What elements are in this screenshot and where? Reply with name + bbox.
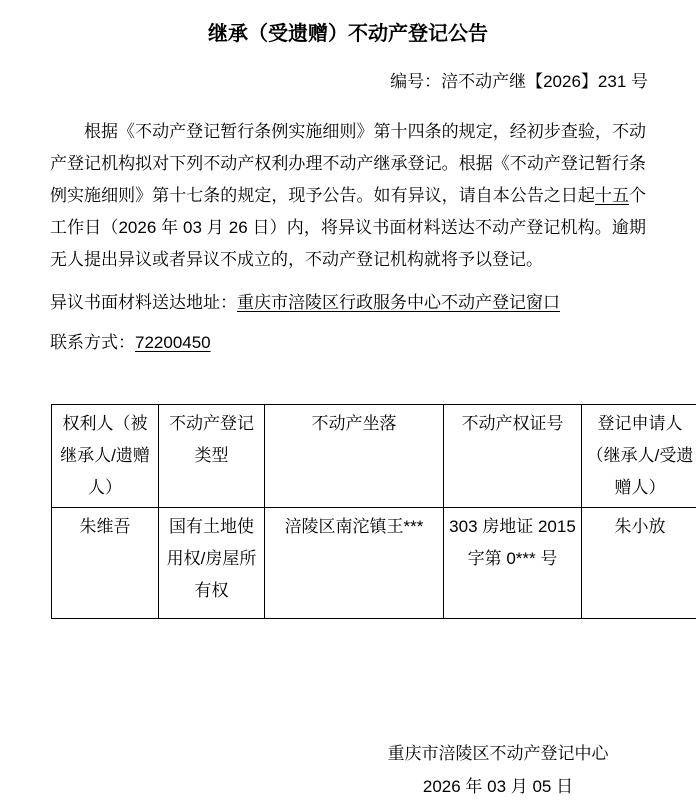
body-text-underlined-deadline: 十五: [595, 186, 629, 205]
header-right-holder: 权利人（被继承人/遗赠人）: [52, 405, 159, 508]
cell-certificate-no: 303 房地证 2015 字第 0*** 号: [444, 508, 582, 619]
document-number: 编号：涪不动产继【2026】231 号: [0, 70, 648, 94]
body-paragraph: 根据《不动产登记暂行条例实施细则》第十四条的规定，经初步查验，不动产登记机构拟对…: [50, 116, 646, 276]
contact-label: 联系方式：: [50, 333, 135, 352]
cell-location: 涪陵区南沱镇王***: [265, 508, 444, 619]
address-line: 异议书面材料送达地址：重庆市涪陵区行政服务中心不动产登记窗口: [50, 289, 646, 316]
table-header-row: 权利人（被继承人/遗赠人） 不动产登记类型 不动产坐落 不动产权证号 登记申请人…: [52, 405, 696, 508]
address-value: 重庆市涪陵区行政服务中心不动产登记窗口: [237, 293, 560, 312]
announcement-page: 继承（受遗赠）不动产登记公告 编号：涪不动产继【2026】231 号 根据《不动…: [0, 0, 696, 808]
contact-value: 72200450: [135, 333, 211, 352]
header-location: 不动产坐落: [265, 405, 444, 508]
page-title: 继承（受遗赠）不动产登记公告: [0, 20, 696, 48]
cell-registration-type: 国有土地使用权/房屋所有权: [159, 508, 265, 619]
contact-line: 联系方式：72200450: [50, 329, 646, 356]
signature-block: 重庆市涪陵区不动产登记中心 2026 年 03 月 05 日: [348, 737, 648, 803]
issue-date: 2026 年 03 月 05 日: [348, 770, 648, 803]
cell-right-holder: 朱维吾: [52, 508, 159, 619]
header-registration-type: 不动产登记类型: [159, 405, 265, 508]
header-certificate-no: 不动产权证号: [444, 405, 582, 508]
notice-table: 权利人（被继承人/遗赠人） 不动产登记类型 不动产坐落 不动产权证号 登记申请人…: [51, 404, 696, 619]
body-text-part1: 根据《不动产登记暂行条例实施细则》第十四条的规定，经初步查验，不动产登记机构拟对…: [50, 122, 646, 205]
header-applicant: 登记申请人（继承人/受遗赠人）: [582, 405, 696, 508]
table-row: 朱维吾 国有土地使用权/房屋所有权 涪陵区南沱镇王*** 303 房地证 201…: [52, 508, 696, 619]
issuing-org: 重庆市涪陵区不动产登记中心: [348, 737, 648, 770]
address-label: 异议书面材料送达地址：: [50, 293, 237, 312]
cell-applicant: 朱小放: [582, 508, 696, 619]
